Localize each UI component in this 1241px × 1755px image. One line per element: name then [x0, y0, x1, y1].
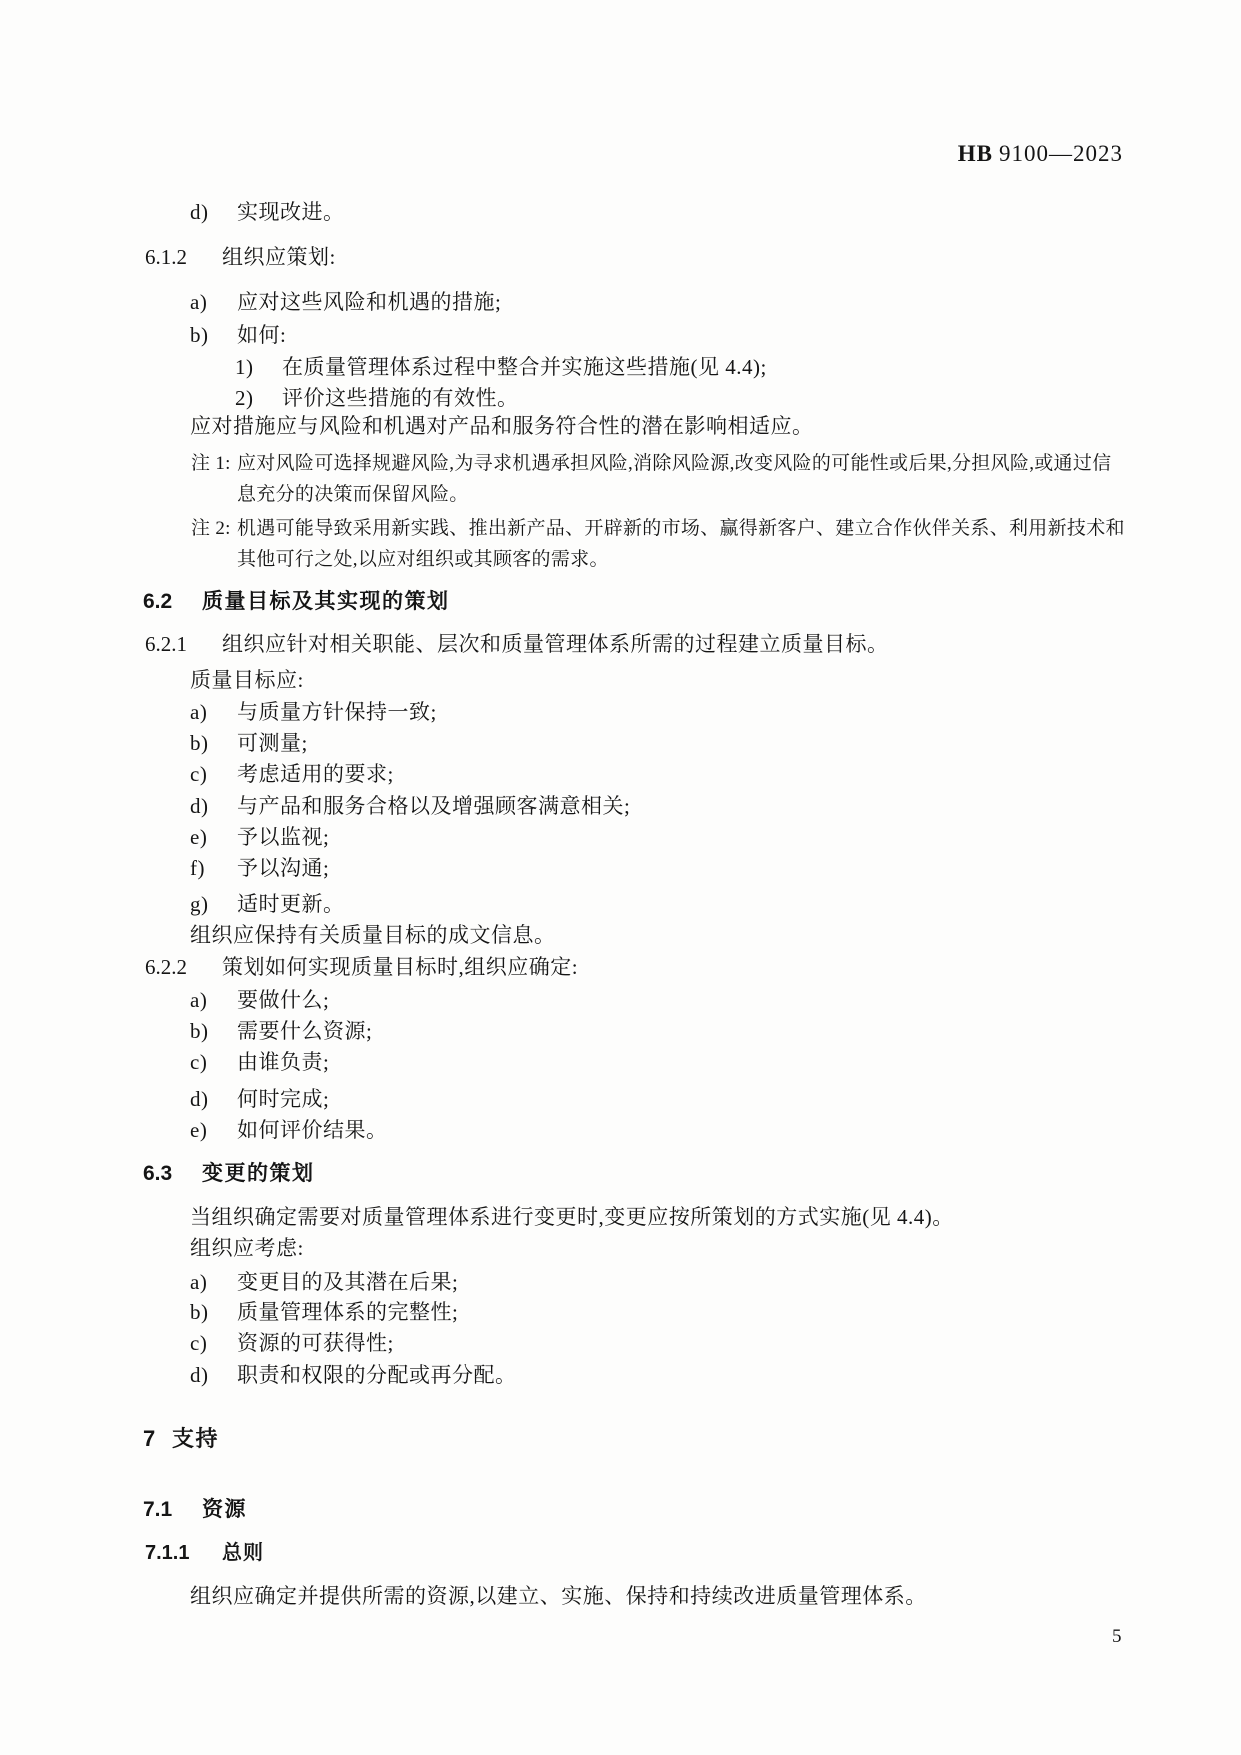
standard-code-number: 9100—2023: [999, 141, 1123, 166]
list-label: b): [190, 1301, 237, 1324]
list-item-a: a)变更目的及其潜在后果;: [190, 1271, 458, 1294]
sublist-item-1: 1)在质量管理体系过程中整合并实施这些措施(见 4.4);: [235, 356, 767, 379]
list-item-b: b)质量管理体系的完整性;: [190, 1301, 458, 1324]
list-text: 评价这些措施的有效性。: [282, 386, 519, 410]
list-label: 1): [235, 356, 282, 379]
list-text: 资源的可获得性;: [237, 1331, 394, 1355]
list-label: d): [190, 201, 237, 224]
list-label: c): [190, 763, 237, 786]
list-item-a: a)应对这些风险和机遇的措施;: [190, 291, 501, 314]
list-text: 质量管理体系的完整性;: [237, 1300, 458, 1324]
list-label: d): [190, 795, 237, 818]
page-number: 5: [1112, 1626, 1122, 1648]
heading-text: 支持: [172, 1426, 219, 1451]
list-item-f: f)予以沟通;: [190, 857, 329, 880]
paragraph: 当组织确定需要对质量管理体系进行变更时,变更应按所策划的方式实施(见 4.4)。: [190, 1206, 954, 1229]
list-label: c): [190, 1051, 237, 1074]
list-text: 在质量管理体系过程中整合并实施这些措施(见 4.4);: [282, 355, 767, 379]
heading-number: 6.3: [143, 1162, 202, 1185]
clause-6-1-2: 6.1.2组织应策划:: [145, 246, 336, 269]
list-label: d): [190, 1364, 237, 1387]
paragraph-text: 组织应确定并提供所需的资源,以建立、实施、保持和持续改进质量管理体系。: [190, 1584, 927, 1608]
standard-code-prefix: HB: [958, 141, 993, 166]
list-text: 考虑适用的要求;: [237, 762, 394, 786]
list-text: 适时更新。: [237, 892, 345, 916]
note-text: 应对风险可选择规避风险,为寻求机遇承担风险,消除风险源,改变风险的可能性或后果,…: [237, 448, 1127, 510]
note-2: 注 2:机遇可能导致采用新实践、推出新产品、开辟新的市场、赢得新客户、建立合作伙…: [191, 513, 1127, 575]
heading-6-3: 6.3变更的策划: [143, 1162, 315, 1185]
list-label: a): [190, 989, 237, 1012]
list-text: 应对这些风险和机遇的措施;: [237, 290, 501, 314]
list-item-g: g)适时更新。: [190, 893, 345, 916]
list-item-d: d)与产品和服务合格以及增强顾客满意相关;: [190, 795, 630, 818]
standard-code: HB9100—2023: [958, 141, 1123, 167]
heading-7-1-1: 7.1.1总则: [145, 1542, 264, 1565]
paragraph-text: 应对措施应与风险和机遇对产品和服务符合性的潜在影响相适应。: [190, 414, 814, 438]
list-item-e: e)予以监视;: [190, 826, 329, 849]
paragraph-text: 组织应考虑:: [190, 1236, 304, 1260]
heading-text: 总则: [222, 1542, 264, 1564]
paragraph: 组织应考虑:: [190, 1237, 304, 1260]
list-label: 2): [235, 387, 282, 410]
paragraph-text: 质量目标应:: [190, 668, 304, 692]
clause-number: 6.2.1: [145, 633, 222, 656]
list-text: 需要什么资源;: [237, 1019, 372, 1043]
list-text: 如何评价结果。: [237, 1118, 388, 1142]
list-text: 如何:: [237, 323, 286, 347]
clause-6-2-1: 6.2.1组织应针对相关职能、层次和质量管理体系所需的过程建立质量目标。: [145, 633, 889, 656]
heading-7-1: 7.1资源: [143, 1498, 247, 1521]
sublist-item-2: 2)评价这些措施的有效性。: [235, 387, 519, 410]
paragraph: 质量目标应:: [190, 669, 304, 692]
list-label: e): [190, 1119, 237, 1142]
list-label: d): [190, 1088, 237, 1111]
paragraph-text: 当组织确定需要对质量管理体系进行变更时,变更应按所策划的方式实施(见 4.4)。: [190, 1205, 954, 1229]
heading-number: 6.2: [143, 590, 202, 613]
list-label: b): [190, 324, 237, 347]
list-text: 可测量;: [237, 731, 308, 755]
list-item-c: c)由谁负责;: [190, 1051, 329, 1074]
list-label: g): [190, 893, 237, 916]
list-item-e: e)如何评价结果。: [190, 1119, 388, 1142]
note-1: 注 1:应对风险可选择规避风险,为寻求机遇承担风险,消除风险源,改变风险的可能性…: [191, 448, 1127, 510]
clause-text: 组织应针对相关职能、层次和质量管理体系所需的过程建立质量目标。: [222, 632, 889, 656]
list-text: 与产品和服务合格以及增强顾客满意相关;: [237, 794, 630, 818]
heading-number: 7.1.1: [145, 1542, 222, 1565]
list-text: 与质量方针保持一致;: [237, 700, 437, 724]
paragraph: 应对措施应与风险和机遇对产品和服务符合性的潜在影响相适应。: [190, 415, 814, 438]
heading-text: 资源: [202, 1498, 247, 1521]
list-item-a: a)要做什么;: [190, 989, 329, 1012]
list-item-d-continued: d)实现改进。: [190, 201, 345, 224]
list-item-a: a)与质量方针保持一致;: [190, 701, 437, 724]
list-item-b: b)需要什么资源;: [190, 1020, 372, 1043]
list-label: b): [190, 1020, 237, 1043]
note-label: 注 2:: [191, 513, 237, 575]
list-item-b: b)可测量;: [190, 732, 308, 755]
clause-text: 策划如何实现质量目标时,组织应确定:: [222, 955, 578, 979]
list-text: 予以监视;: [237, 825, 329, 849]
paragraph-text: 组织应保持有关质量目标的成文信息。: [190, 923, 556, 947]
list-text: 实现改进。: [237, 200, 345, 224]
heading-text: 变更的策划: [202, 1162, 315, 1185]
list-label: a): [190, 1271, 237, 1294]
clause-number: 6.1.2: [145, 246, 222, 269]
heading-text: 质量目标及其实现的策划: [202, 590, 450, 613]
document-page: HB9100—2023 d)实现改进。 6.1.2组织应策划: a)应对这些风险…: [0, 0, 1241, 1755]
list-label: a): [190, 701, 237, 724]
heading-7: 7支持: [143, 1427, 219, 1450]
list-text: 变更目的及其潜在后果;: [237, 1270, 458, 1294]
list-label: e): [190, 826, 237, 849]
list-text: 何时完成;: [237, 1087, 329, 1111]
list-label: b): [190, 732, 237, 755]
heading-number: 7: [143, 1427, 172, 1450]
list-label: f): [190, 857, 237, 880]
list-text: 职责和权限的分配或再分配。: [237, 1363, 517, 1387]
list-item-c: c)资源的可获得性;: [190, 1332, 394, 1355]
list-item-d: d)职责和权限的分配或再分配。: [190, 1364, 517, 1387]
note-text: 机遇可能导致采用新实践、推出新产品、开辟新的市场、赢得新客户、建立合作伙伴关系、…: [237, 513, 1127, 575]
list-item-d: d)何时完成;: [190, 1088, 329, 1111]
heading-6-2: 6.2质量目标及其实现的策划: [143, 590, 450, 613]
heading-number: 7.1: [143, 1498, 202, 1521]
clause-number: 6.2.2: [145, 956, 222, 979]
clause-text: 组织应策划:: [222, 245, 336, 269]
list-label: a): [190, 291, 237, 314]
note-label: 注 1:: [191, 448, 237, 510]
list-item-b: b)如何:: [190, 324, 286, 347]
paragraph: 组织应确定并提供所需的资源,以建立、实施、保持和持续改进质量管理体系。: [190, 1585, 927, 1608]
paragraph: 组织应保持有关质量目标的成文信息。: [190, 924, 556, 947]
list-text: 予以沟通;: [237, 856, 329, 880]
clause-6-2-2: 6.2.2策划如何实现质量目标时,组织应确定:: [145, 956, 578, 979]
list-item-c: c)考虑适用的要求;: [190, 763, 394, 786]
list-text: 由谁负责;: [237, 1050, 329, 1074]
list-text: 要做什么;: [237, 988, 329, 1012]
list-label: c): [190, 1332, 237, 1355]
